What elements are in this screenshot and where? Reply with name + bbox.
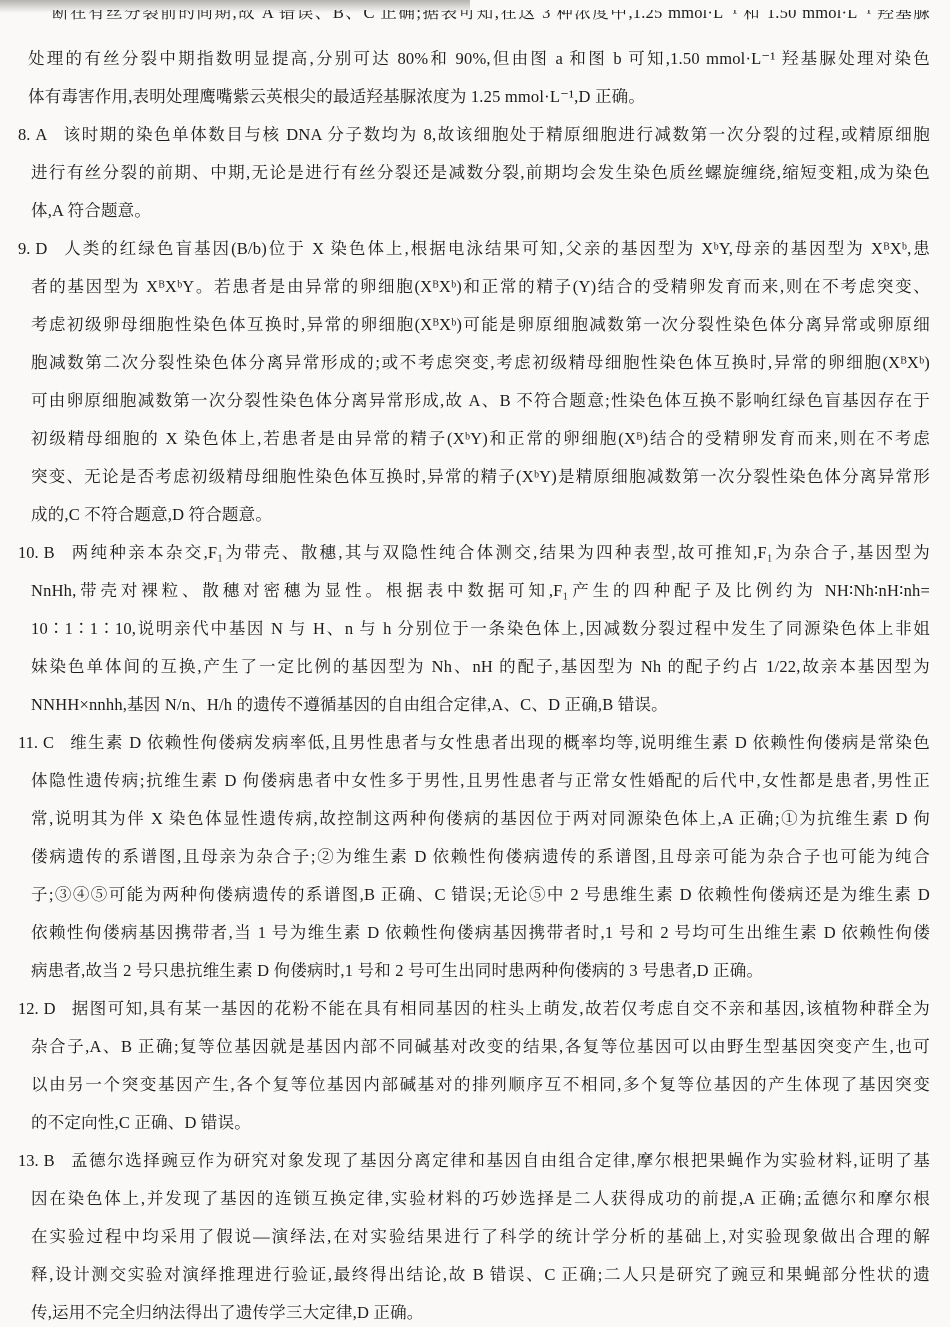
text-line: 体,A 符合题意。 bbox=[18, 192, 930, 230]
question-number: 13. bbox=[18, 1151, 39, 1170]
answer-letter: D bbox=[44, 999, 56, 1018]
line-text: 该时期的染色单体数目与核 DNA 分子数均为 8,故该细胞处于精原细胞进行减数第… bbox=[62, 125, 930, 144]
text-line: 杂合子,A、B 正确;复等位基因就是基因内部不同碱基对改变的结果,各复等位基因可… bbox=[18, 1028, 930, 1066]
answer-item-10: 10.B两纯种亲本杂交,F₁为带壳、散穗,其与双隐性纯合体测交,结果为四种表型,… bbox=[18, 534, 930, 724]
line-text: 维生素 D 依赖性佝偻病发病率低,且男性患者与女性患者出现的概率均等,说明维生素… bbox=[69, 733, 930, 752]
text-line: 病患者,故当 2 号只患抗维生素 D 佝偻病时,1 号和 2 号可生出同时患两种… bbox=[18, 952, 930, 990]
line-text: 两纯种亲本杂交,F₁为带壳、散穗,其与双隐性纯合体测交,结果为四种表型,故可推知… bbox=[70, 543, 930, 562]
text-line: 13.B孟德尔选择豌豆作为研究对象发现了基因分离定律和基因自由组合定律,摩尔根把… bbox=[18, 1142, 930, 1180]
answers-text-block: 断在有丝分裂前的间期,故 A 错误、B、C 正确;据表可知,在这 3 种浓度中,… bbox=[18, 0, 930, 1327]
question-number: 12. bbox=[18, 999, 39, 1018]
text-line: NnHh,带壳对裸粒、散穗对密穗为显性。根据表中数据可知,F₁产生的四种配子及比… bbox=[18, 572, 930, 610]
question-number: 10. bbox=[18, 543, 39, 562]
text-line: NNHH×nnhh,基因 N/n、H/h 的遗传不遵循基因的自由组合定律,A、C… bbox=[18, 686, 930, 724]
text-line: 12.D据图可知,具有某一基因的花粉不能在具有相同基因的柱头上萌发,故若仅考虑自… bbox=[18, 990, 930, 1028]
text-line: 考虑初级卵母细胞性染色体互换时,异常的卵细胞(XᴮXᵇ)可能是卵原细胞减数第一次… bbox=[18, 306, 930, 344]
answer-item-8: 8.A该时期的染色单体数目与核 DNA 分子数均为 8,故该细胞处于精原细胞进行… bbox=[18, 116, 930, 230]
text-line: 胞减数第二次分裂性染色体分离异常形成的;或不考虑突变,考虑初级精母细胞性染色体互… bbox=[18, 344, 930, 382]
question-number: 8. bbox=[18, 125, 30, 144]
answer-item-12: 12.D据图可知,具有某一基因的花粉不能在具有相同基因的柱头上萌发,故若仅考虑自… bbox=[18, 990, 930, 1142]
text-line: 11.C维生素 D 依赖性佝偻病发病率低,且男性患者与女性患者出现的概率均等,说… bbox=[18, 724, 930, 762]
text-line: 可由卵原细胞减数第一次分裂性染色体分离异常形成,故 A、B 不符合题意;性染色体… bbox=[18, 382, 930, 420]
question-number: 11. bbox=[18, 733, 38, 752]
answer-letter: B bbox=[44, 1151, 55, 1170]
text-line: 断在有丝分裂前的间期,故 A 错误、B、C 正确;据表可知,在这 3 种浓度中,… bbox=[18, 10, 930, 40]
text-line: 依赖性佝偻病基因携带者,当 1 号为维生素 D 依赖性佝偻病基因携带者时,1 号… bbox=[18, 914, 930, 952]
text-line: 突变、无论是否考虑初级精母细胞性染色体互换时,异常的精子(XᵇY)是精原细胞减数… bbox=[18, 458, 930, 496]
text-line: 体有毒害作用,表明处理鹰嘴紫云英根尖的最适羟基脲浓度为 1.25 mmol·L⁻… bbox=[18, 78, 930, 116]
line-text: 孟德尔选择豌豆作为研究对象发现了基因分离定律和基因自由组合定律,摩尔根把果蝇作为… bbox=[70, 1151, 930, 1170]
answer-item-9: 9.D人类的红绿色盲基因(B/b)位于 X 染色体上,根据电泳结果可知,父亲的基… bbox=[18, 230, 930, 534]
line-text: 人类的红绿色盲基因(B/b)位于 X 染色体上,根据电泳结果可知,父亲的基因型为… bbox=[62, 239, 930, 258]
text-line: 10.B两纯种亲本杂交,F₁为带壳、散穗,其与双隐性纯合体测交,结果为四种表型,… bbox=[18, 534, 930, 572]
text-line: 体隐性遗传病;抗维生素 D 佝偻病患者中女性多于男性,且男性患者与正常女性婚配的… bbox=[18, 762, 930, 800]
text-line: 者的基因型为 XᴮXᵇY。若患者是由异常的卵细胞(XᴮXᵇ)和正常的精子(Y)结… bbox=[18, 268, 930, 306]
text-line: 传,运用不完全归纳法得出了遗传学三大定律,D 正确。 bbox=[18, 1294, 930, 1327]
text-line: 以由另一个突变基因产生,各个复等位基因内部碱基对的排列顺序互不相同,多个复等位基… bbox=[18, 1066, 930, 1104]
answer-letter: A bbox=[35, 125, 47, 144]
answer-item-13: 13.B孟德尔选择豌豆作为研究对象发现了基因分离定律和基因自由组合定律,摩尔根把… bbox=[18, 1142, 930, 1327]
scanned-answer-page: 断在有丝分裂前的间期,故 A 错误、B、C 正确;据表可知,在这 3 种浓度中,… bbox=[0, 0, 950, 1327]
text-line: 偻病遗传的系谱图,且母亲为杂合子;②为维生素 D 依赖性佝偻病遗传的系谱图,且母… bbox=[18, 838, 930, 876]
text-line: 释,设计测交实验对演绎推理进行验证,最终得出结论,故 B 错误、C 正确;二人只… bbox=[18, 1256, 930, 1294]
answer-item-7-continuation: 断在有丝分裂前的间期,故 A 错误、B、C 正确;据表可知,在这 3 种浓度中,… bbox=[18, 10, 930, 116]
text-line: 成的,C 不符合题意,D 符合题意。 bbox=[18, 496, 930, 534]
text-line: 因在染色体上,并发现了基因的连锁互换定律,实验材料的巧妙选择是二人获得成功的前提… bbox=[18, 1180, 930, 1218]
text-line: 子;③④⑤可能为两种佝偻病遗传的系谱图,B 正确、C 错误;无论⑤中 2 号患维… bbox=[18, 876, 930, 914]
answer-letter: B bbox=[44, 543, 55, 562]
text-line: 的不定向性,C 正确、D 错误。 bbox=[18, 1104, 930, 1142]
text-line: 10∶1∶1∶10,说明亲代中基因 N 与 H、n 与 h 分别位于一条染色体上… bbox=[18, 610, 930, 648]
answer-letter: C bbox=[43, 733, 54, 752]
text-line: 处理的有丝分裂中期指数明显提高,分别可达 80%和 90%,但由图 a 和图 b… bbox=[18, 40, 930, 78]
answer-item-11: 11.C维生素 D 依赖性佝偻病发病率低,且男性患者与女性患者出现的概率均等,说… bbox=[18, 724, 930, 990]
text-line: 进行有丝分裂的前期、中期,无论是进行有丝分裂还是减数分裂,前期均会发生染色质丝螺… bbox=[18, 154, 930, 192]
answer-letter: D bbox=[35, 239, 47, 258]
line-text: 据图可知,具有某一基因的花粉不能在具有相同基因的柱头上萌发,故若仅考虑自交不亲和… bbox=[71, 999, 930, 1018]
text-line: 初级精母细胞的 X 染色体上,若患者是由异常的精子(XᵇY)和正常的卵细胞(Xᴮ… bbox=[18, 420, 930, 458]
text-line: 8.A该时期的染色单体数目与核 DNA 分子数均为 8,故该细胞处于精原细胞进行… bbox=[18, 116, 930, 154]
question-number: 9. bbox=[18, 239, 30, 258]
text-line: 在实验过程中均采用了假说—演绎法,在对实验结果进行了科学的统计学分析的基础上,对… bbox=[18, 1218, 930, 1256]
text-line: 妹染色单体间的互换,产生了一定比例的基因型为 Nh、nH 的配子,基因型为 Nh… bbox=[18, 648, 930, 686]
text-line: 9.D人类的红绿色盲基因(B/b)位于 X 染色体上,根据电泳结果可知,父亲的基… bbox=[18, 230, 930, 268]
text-line: 常,说明其为伴 X 染色体显性遗传病,故控制这两种佝偻病的基因位于两对同源染色体… bbox=[18, 800, 930, 838]
